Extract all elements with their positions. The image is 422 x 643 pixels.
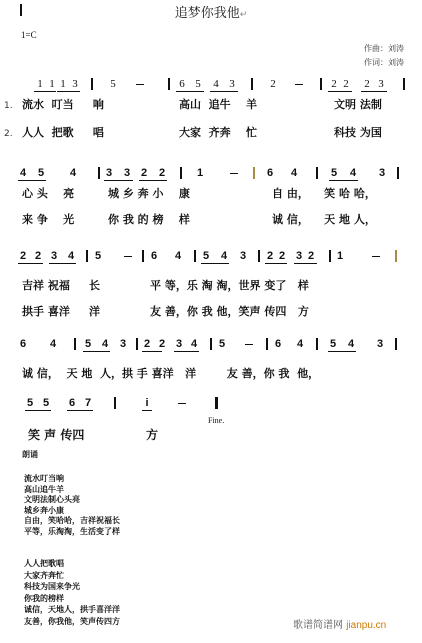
barline [320,78,322,90]
eighth-underline [142,351,162,352]
eighth-underline [361,91,387,92]
score-system-5: 5567i [0,396,422,412]
note: 2 [277,249,287,263]
note: 1 [335,249,345,263]
site-watermark: 歌谱简谱网 jianpu.cn [293,616,386,631]
lyrics-verse2-line3b: 友 善，你 我 他，笑声 传四 方 [150,305,309,319]
note: 4 [348,166,358,180]
sustain-dash [295,84,303,85]
lyrics-verse1-line2b: 城 乡 奔 小 康 [108,187,190,201]
note: 5 [193,77,203,91]
note: 5 [25,396,35,410]
barline [329,250,331,262]
note: 6 [149,249,159,263]
repeat-barline [253,167,255,179]
recitation-stanza-2: 人人把歌唱大家齐奔忙科技为国来争光 你我的榜样诚信，天地人，拱手喜洋洋友善，你我… [24,558,120,627]
composer-credit: 作曲：刘涛 [364,43,404,54]
note: 2 [33,249,43,263]
verse-number-2: 2. [4,129,13,139]
note: 5 [328,337,338,351]
note: 3 [375,337,385,351]
lyricist-credit: 作词：刘涛 [364,57,404,68]
note: 2 [268,77,278,91]
lyrics-verse1-line1b: 高山 追牛 羊 [179,98,257,112]
eighth-underline [18,263,43,264]
lyrics-line4: 诚 信， 天 地 人，拱 手 喜洋 洋 友 善，你 我 他， [22,367,319,381]
eighth-underline [329,180,358,181]
barline [91,78,93,90]
note: 5 [36,166,46,180]
note: 3 [104,166,114,180]
note: 5 [93,249,103,263]
barline [168,78,170,90]
note: 7 [83,396,93,410]
note: 4 [295,337,305,351]
eighth-underline [265,263,287,264]
sustain-dash [245,344,253,345]
eighth-underline [142,410,152,411]
note: 4 [211,77,221,91]
barline [86,250,88,262]
note: 1 [195,166,205,180]
note: 5 [329,166,339,180]
eighth-underline [104,180,133,181]
note: 2 [329,77,339,91]
eighth-underline [201,263,229,264]
repeat-barline [395,250,397,262]
sustain-dash [230,173,238,174]
recitation-heading: 朗诵 [22,449,38,460]
barline [258,250,260,262]
barline [136,338,138,350]
lyrics-verse1-line1: 流水 叮当 响 [22,98,104,112]
note: 3 [118,337,128,351]
recitation-stanza-1: 流水叮当响高山追牛羊文明法制心头亮 城乡奔小康自由，笑哈哈，吉祥祝福长平等，乐淘… [24,473,120,536]
note: 3 [294,249,304,263]
note: 4 [68,166,78,180]
note: 3 [174,337,184,351]
lyrics-verse2-line1: 人人 把歌 唱 [22,126,104,140]
eighth-underline [83,351,110,352]
note: 5 [108,77,118,91]
lyrics-verse1-line1c: 文明 法制 [334,98,382,112]
note: 2 [362,77,372,91]
note: 1 [47,77,57,91]
barline [395,338,397,350]
note: 2 [265,249,275,263]
note: 4 [48,337,58,351]
note: 4 [189,337,199,351]
note: 3 [70,77,80,91]
barline [215,397,218,409]
note: 6 [273,337,283,351]
eighth-underline [57,91,80,92]
note: 2 [157,337,167,351]
lyrics-verse1-line2c: 自 由， 笑 哈 哈， [272,187,376,201]
note: 4 [100,337,110,351]
note: 3 [377,166,387,180]
barline [251,78,253,90]
eighth-underline [174,351,199,352]
eighth-underline [328,91,352,92]
barline [114,397,116,409]
sustain-dash [372,256,380,257]
lyrics-line5: 笑 声 传四 [28,428,84,442]
lyrics-verse1-line3: 吉祥 祝福 长 [22,279,100,293]
eighth-underline [139,180,167,181]
score-system-4: 645432234564543 [0,337,422,353]
lyrics-verse2-line1b: 大家 齐奔 忙 [179,126,257,140]
note: 3 [238,249,248,263]
note: 6 [67,396,77,410]
sustain-dash [124,256,132,257]
note: 2 [139,166,149,180]
score-system-3: 223456454322321 [0,249,422,265]
note: 5 [41,396,51,410]
score-system-1: 11135654322223 [0,77,422,93]
key-signature: 1=C [21,30,37,40]
barline [397,167,399,179]
sustain-dash [178,403,186,404]
eighth-underline [25,410,51,411]
eighth-underline [294,263,317,264]
note: 5 [83,337,93,351]
barline [210,338,212,350]
note: 2 [142,337,152,351]
barline [74,338,76,350]
note: 4 [289,166,299,180]
eighth-underline [18,180,46,181]
lyrics-verse2-line2c: 诚 信， 天 地 人， [272,213,376,227]
barline [142,250,144,262]
barline [316,338,318,350]
lyrics-verse2-line3: 拱手 喜洋 洋 [22,305,100,319]
eighth-underline [34,91,56,92]
barline [403,78,405,90]
note: 3 [376,77,386,91]
note: 1 [35,77,45,91]
note: 6 [177,77,187,91]
note: 3 [122,166,132,180]
barline [98,167,100,179]
note: 5 [201,249,211,263]
note: 2 [157,166,167,180]
note: 4 [219,249,229,263]
verse-number-1: 1. [4,101,13,111]
note: 3 [49,249,59,263]
note: 4 [66,249,76,263]
note: 6 [18,337,28,351]
note: 2 [306,249,316,263]
song-title: 追梦你我他↵ [0,2,422,21]
note: 4 [173,249,183,263]
eighth-underline [210,91,238,92]
eighth-underline [67,410,93,411]
note: 5 [217,337,227,351]
barline [194,250,196,262]
barline [266,338,268,350]
note: i [142,396,152,410]
note: 6 [265,166,275,180]
note: 4 [18,166,28,180]
lyrics-verse1-line2: 心 头 亮 [22,187,74,201]
lyrics-verse2-line2b: 你 我 的 榜 样 [108,213,190,227]
eighth-underline [176,91,204,92]
lyrics-verse1-line3b: 平 等，乐 淘 淘，世界 变了 样 [150,279,309,293]
lyrics-line5b: 方 [146,428,158,442]
sustain-dash [136,84,144,85]
score-system-2: 4543322164543 [0,166,422,182]
note: 2 [341,77,351,91]
fine-marking: Fine. [208,416,224,425]
lyrics-verse2-line1c: 科技 为国 [334,126,382,140]
note: 3 [227,77,237,91]
note: 2 [18,249,28,263]
note: 1 [58,77,68,91]
eighth-underline [49,263,76,264]
barline [180,167,182,179]
eighth-underline [328,351,356,352]
barline [316,167,318,179]
lyrics-verse2-line2: 来 争 光 [22,213,74,227]
note: 4 [346,337,356,351]
